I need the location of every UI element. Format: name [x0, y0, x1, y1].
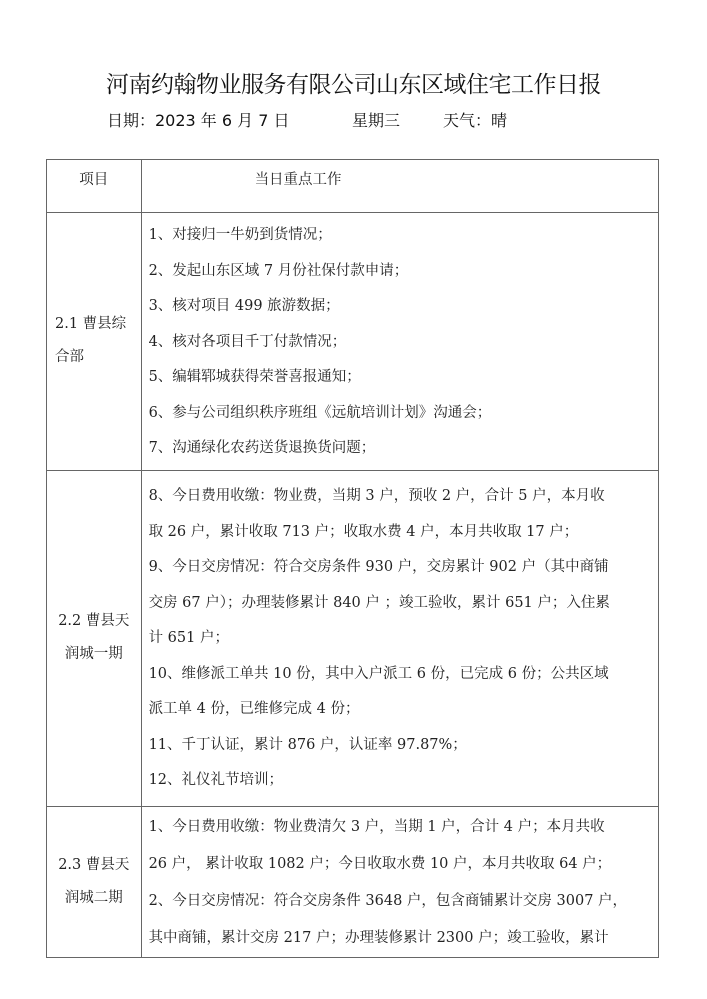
work-line: 其中商铺，累计交房 217 户；办理装修累计 2300 户；竣工验收，累计 [149, 920, 652, 957]
work-line: 1、对接归一牛奶到货情况； [149, 218, 652, 254]
work-line: 26 户， 累计收取 1082 户；今日收取水费 10 户，本月共收取 64 户… [149, 846, 652, 883]
work-line: 11、千丁认证，累计 876 户，认证率 97.87%； [149, 728, 652, 764]
item-cell: 2.2 曹县天 润城一期 [47, 470, 142, 806]
item-cell: 2.1 曹县综 合部 [47, 213, 142, 471]
report-weekday: 星期三 [352, 108, 400, 131]
daily-work-table: 项目 当日重点工作 2.1 曹县综 合部 1、对接归一牛奶到货情况； 2、发起山… [46, 159, 659, 958]
header-work-label: 当日重点工作 [142, 168, 658, 189]
work-cell: 1、今日费用收缴：物业费清欠 3 户，当期 1 户，合计 4 户；本月共收 26… [141, 806, 658, 957]
work-line: 12、礼仪礼节培训； [149, 763, 652, 799]
work-line: 取 26 户，累计收取 713 户；收取水费 4 户，本月共收取 17 户； [149, 515, 652, 551]
work-list: 8、今日费用收缴：物业费，当期 3 户，预收 2 户，合计 5 户，本月收 取 … [142, 474, 658, 802]
work-line: 3、核对项目 499 旅游数据； [149, 289, 652, 325]
work-line: 1、今日费用收缴：物业费清欠 3 户，当期 1 户，合计 4 户；本月共收 [149, 809, 652, 846]
work-line: 2、今日交房情况：符合交房条件 3648 户，包含商铺累计交房 3007 户， [149, 883, 652, 920]
table-row: 2.2 曹县天 润城一期 8、今日费用收缴：物业费，当期 3 户，预收 2 户，… [47, 470, 659, 806]
work-line: 5、编辑郓城获得荣誉喜报通知； [149, 360, 652, 396]
report-title: 河南约翰物业服务有限公司山东区域住宅工作日报 [0, 70, 707, 100]
header-cell-item: 项目 [47, 160, 142, 213]
work-cell: 8、今日费用收缴：物业费，当期 3 户，预收 2 户，合计 5 户，本月收 取 … [141, 470, 658, 806]
item-name-line2: 合部 [47, 341, 141, 374]
work-line: 交房 67 户）；办理装修累计 840 户 ；竣工验收，累计 651 户；入住累 [149, 586, 652, 622]
item-name-line1: 2.3 曹县天 [47, 849, 141, 882]
work-line: 7、沟通绿化农药送货退换货问题； [149, 431, 652, 467]
work-line: 10、维修派工单共 10 份，其中入户派工 6 份，已完成 6 份；公共区域 [149, 657, 652, 693]
table-row: 2.3 曹县天 润城二期 1、今日费用收缴：物业费清欠 3 户，当期 1 户，合… [47, 806, 659, 957]
work-line: 6、参与公司组织秩序班组《远航培训计划》沟通会； [149, 396, 652, 432]
work-list: 1、今日费用收缴：物业费清欠 3 户，当期 1 户，合计 4 户；本月共收 26… [142, 807, 658, 957]
work-line: 8、今日费用收缴：物业费，当期 3 户，预收 2 户，合计 5 户，本月收 [149, 479, 652, 515]
table-row: 2.1 曹县综 合部 1、对接归一牛奶到货情况； 2、发起山东区域 7 月份社保… [47, 213, 659, 471]
item-cell: 2.3 曹县天 润城二期 [47, 806, 142, 957]
item-name-line1: 2.1 曹县综 [47, 308, 141, 341]
work-line: 4、核对各项目千丁付款情况； [149, 325, 652, 361]
work-cell: 1、对接归一牛奶到货情况； 2、发起山东区域 7 月份社保付款申请； 3、核对项… [141, 213, 658, 471]
item-name-line1: 2.2 曹县天 [47, 605, 141, 638]
work-line: 派工单 4 份，已维修完成 4 份； [149, 692, 652, 728]
item-name-line2: 润城一期 [47, 638, 141, 671]
report-weather: 天气：晴 [443, 108, 507, 131]
header-item-label: 项目 [47, 168, 141, 189]
work-line: 9、今日交房情况：符合交房条件 930 户，交房累计 902 户（其中商铺 [149, 550, 652, 586]
item-name-line2: 润城二期 [47, 882, 141, 915]
header-cell-work: 当日重点工作 [141, 160, 658, 213]
table-header-row: 项目 当日重点工作 [47, 160, 659, 213]
report-meta-line: 日期：2023 年 6 月 7 日 星期三 天气：晴 [0, 108, 707, 134]
report-date: 日期：2023 年 6 月 7 日 [107, 108, 290, 131]
work-line: 2、发起山东区域 7 月份社保付款申请； [149, 254, 652, 290]
work-list: 1、对接归一牛奶到货情况； 2、发起山东区域 7 月份社保付款申请； 3、核对项… [142, 213, 658, 470]
work-line: 计 651 户； [149, 621, 652, 657]
